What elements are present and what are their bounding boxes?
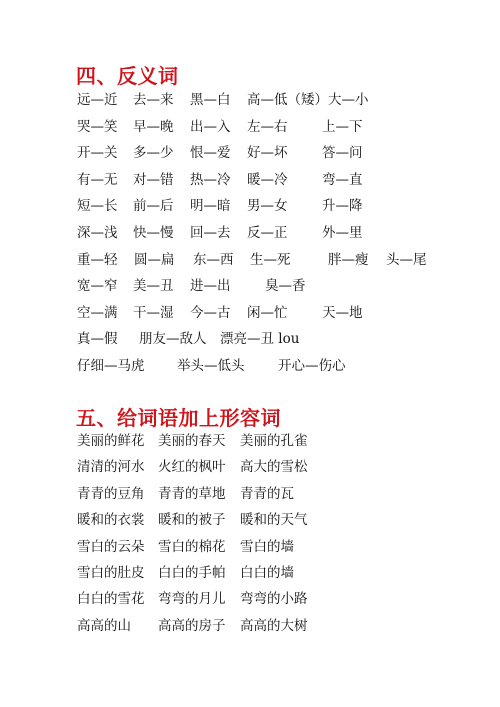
word-pair: 高高的房子 <box>158 616 226 636</box>
word-pair: 胖—瘦 <box>328 250 369 270</box>
word-pair: 哭—笑 <box>77 117 118 137</box>
section5-title: 五、给词语加上形容词 <box>76 402 281 431</box>
word-pair: 青青的瓦 <box>240 484 294 504</box>
word-row: 美丽的鲜花美丽的春天美丽的孔雀 <box>0 431 500 451</box>
word-row: 白白的雪花弯弯的月儿弯弯的小路 <box>0 589 500 609</box>
word-pair: 干—湿 <box>133 303 174 323</box>
word-row: 短—长前—后明—暗男—女升—降 <box>0 196 500 216</box>
word-pair: 外—里 <box>322 223 363 243</box>
word-pair: 上—下 <box>322 117 363 137</box>
word-pair: 清清的河水 <box>77 457 145 477</box>
word-pair: 升—降 <box>322 196 363 216</box>
word-pair: 反—正 <box>247 223 288 243</box>
word-row: 远—近去—来黑—白高—低（矮）大—小 <box>0 90 500 110</box>
word-pair: 火红的枫叶 <box>158 457 226 477</box>
word-pair: 进—出 <box>190 276 231 296</box>
word-pair: 头—尾 <box>386 250 427 270</box>
word-pair: 有—无 <box>77 170 118 190</box>
word-row: 空—满干—湿今—古闲—忙天—地 <box>0 303 500 323</box>
word-pair: 短—长 <box>77 196 118 216</box>
word-row: 清清的河水火红的枫叶高大的雪松 <box>0 457 500 477</box>
word-pair: 弯—直 <box>322 170 363 190</box>
word-pair: 举头—低头 <box>177 356 245 376</box>
word-pair: 青青的豆角 <box>77 484 145 504</box>
word-pair: 暖和的衣裳 <box>77 510 145 530</box>
word-pair: 去—来 <box>133 90 174 110</box>
word-pair: 弯弯的月儿 <box>158 589 226 609</box>
word-pair: 闲—忙 <box>247 303 288 323</box>
word-pair: 前—后 <box>133 196 174 216</box>
word-pair: 重—轻 <box>77 250 118 270</box>
word-row: 高高的山高高的房子高高的大树 <box>0 616 500 636</box>
word-pair: 雪白的肚皮 <box>77 563 145 583</box>
word-pair: 高高的大树 <box>240 616 308 636</box>
word-pair: 好—坏 <box>247 143 288 163</box>
word-pair: 漂亮—丑 lou <box>220 329 299 349</box>
word-pair: 圆—扁 <box>134 250 175 270</box>
word-pair: 仔细—马虎 <box>77 356 145 376</box>
word-row: 雪白的肚皮白白的手帕白白的墙 <box>0 563 500 583</box>
word-pair: 对—错 <box>133 170 174 190</box>
word-row: 雪白的云朵雪白的棉花雪白的墙 <box>0 537 500 557</box>
word-pair: 左—右 <box>247 117 288 137</box>
word-pair: 美丽的鲜花 <box>77 431 145 451</box>
word-pair: 真—假 <box>77 329 118 349</box>
word-pair: 暖和的被子 <box>158 510 226 530</box>
word-pair: 男—女 <box>247 196 288 216</box>
word-pair: 恨—爱 <box>190 143 231 163</box>
word-pair: 出—入 <box>190 117 231 137</box>
word-pair: 开心—伤心 <box>278 356 346 376</box>
word-pair: 快—慢 <box>133 223 174 243</box>
word-row: 重—轻圆—扁东—西生—死胖—瘦头—尾 <box>0 250 500 270</box>
word-pair: 多—少 <box>133 143 174 163</box>
word-row: 青青的豆角青青的草地青青的瓦 <box>0 484 500 504</box>
word-pair: 美丽的孔雀 <box>240 431 308 451</box>
word-pair: 雪白的墙 <box>240 537 294 557</box>
word-pair: 朋友—敌人 <box>139 329 207 349</box>
word-pair: 热—冷 <box>190 170 231 190</box>
word-pair: 东—西 <box>193 250 234 270</box>
word-pair: 深—浅 <box>77 223 118 243</box>
word-row: 宽—窄美—丑进—出臭—香 <box>0 276 500 296</box>
word-pair: 宽—窄 <box>77 276 118 296</box>
word-pair: 暖和的天气 <box>240 510 308 530</box>
word-pair: 白白的雪花 <box>77 589 145 609</box>
word-pair: 高大的雪松 <box>240 457 308 477</box>
word-row: 仔细—马虎举头—低头开心—伤心 <box>0 356 500 376</box>
word-pair: 答—问 <box>322 143 363 163</box>
word-pair: 美丽的春天 <box>158 431 226 451</box>
word-row: 开—关多—少恨—爱好—坏答—问 <box>0 143 500 163</box>
word-pair: 暖—冷 <box>247 170 288 190</box>
word-pair: 明—暗 <box>190 196 231 216</box>
word-row: 真—假朋友—敌人漂亮—丑 lou <box>0 329 500 349</box>
word-pair: 早—晚 <box>133 117 174 137</box>
word-pair: 今—古 <box>190 303 231 323</box>
word-row: 哭—笑早—晚出—入左—右上—下 <box>0 117 500 137</box>
word-pair: 高高的山 <box>77 616 131 636</box>
word-pair: 黑—白 <box>190 90 231 110</box>
word-row: 暖和的衣裳暖和的被子暖和的天气 <box>0 510 500 530</box>
word-pair: 生—死 <box>250 250 291 270</box>
word-pair: 远—近 <box>77 90 118 110</box>
word-pair: 美—丑 <box>133 276 174 296</box>
word-row: 深—浅快—慢回—去反—正外—里 <box>0 223 500 243</box>
word-pair: 白白的手帕 <box>158 563 226 583</box>
word-pair: 雪白的云朵 <box>77 537 145 557</box>
word-pair: 高—低（矮）大—小 <box>247 90 369 110</box>
word-pair: 开—关 <box>77 143 118 163</box>
word-pair: 臭—香 <box>265 276 306 296</box>
word-pair: 白白的墙 <box>240 563 294 583</box>
word-row: 有—无对—错热—冷暖—冷弯—直 <box>0 170 500 190</box>
word-pair: 雪白的棉花 <box>158 537 226 557</box>
word-pair: 回—去 <box>190 223 231 243</box>
section4-title: 四、反义词 <box>76 60 179 89</box>
word-pair: 天—地 <box>322 303 363 323</box>
word-pair: 弯弯的小路 <box>240 589 308 609</box>
word-pair: 空—满 <box>77 303 118 323</box>
word-pair: 青青的草地 <box>158 484 226 504</box>
